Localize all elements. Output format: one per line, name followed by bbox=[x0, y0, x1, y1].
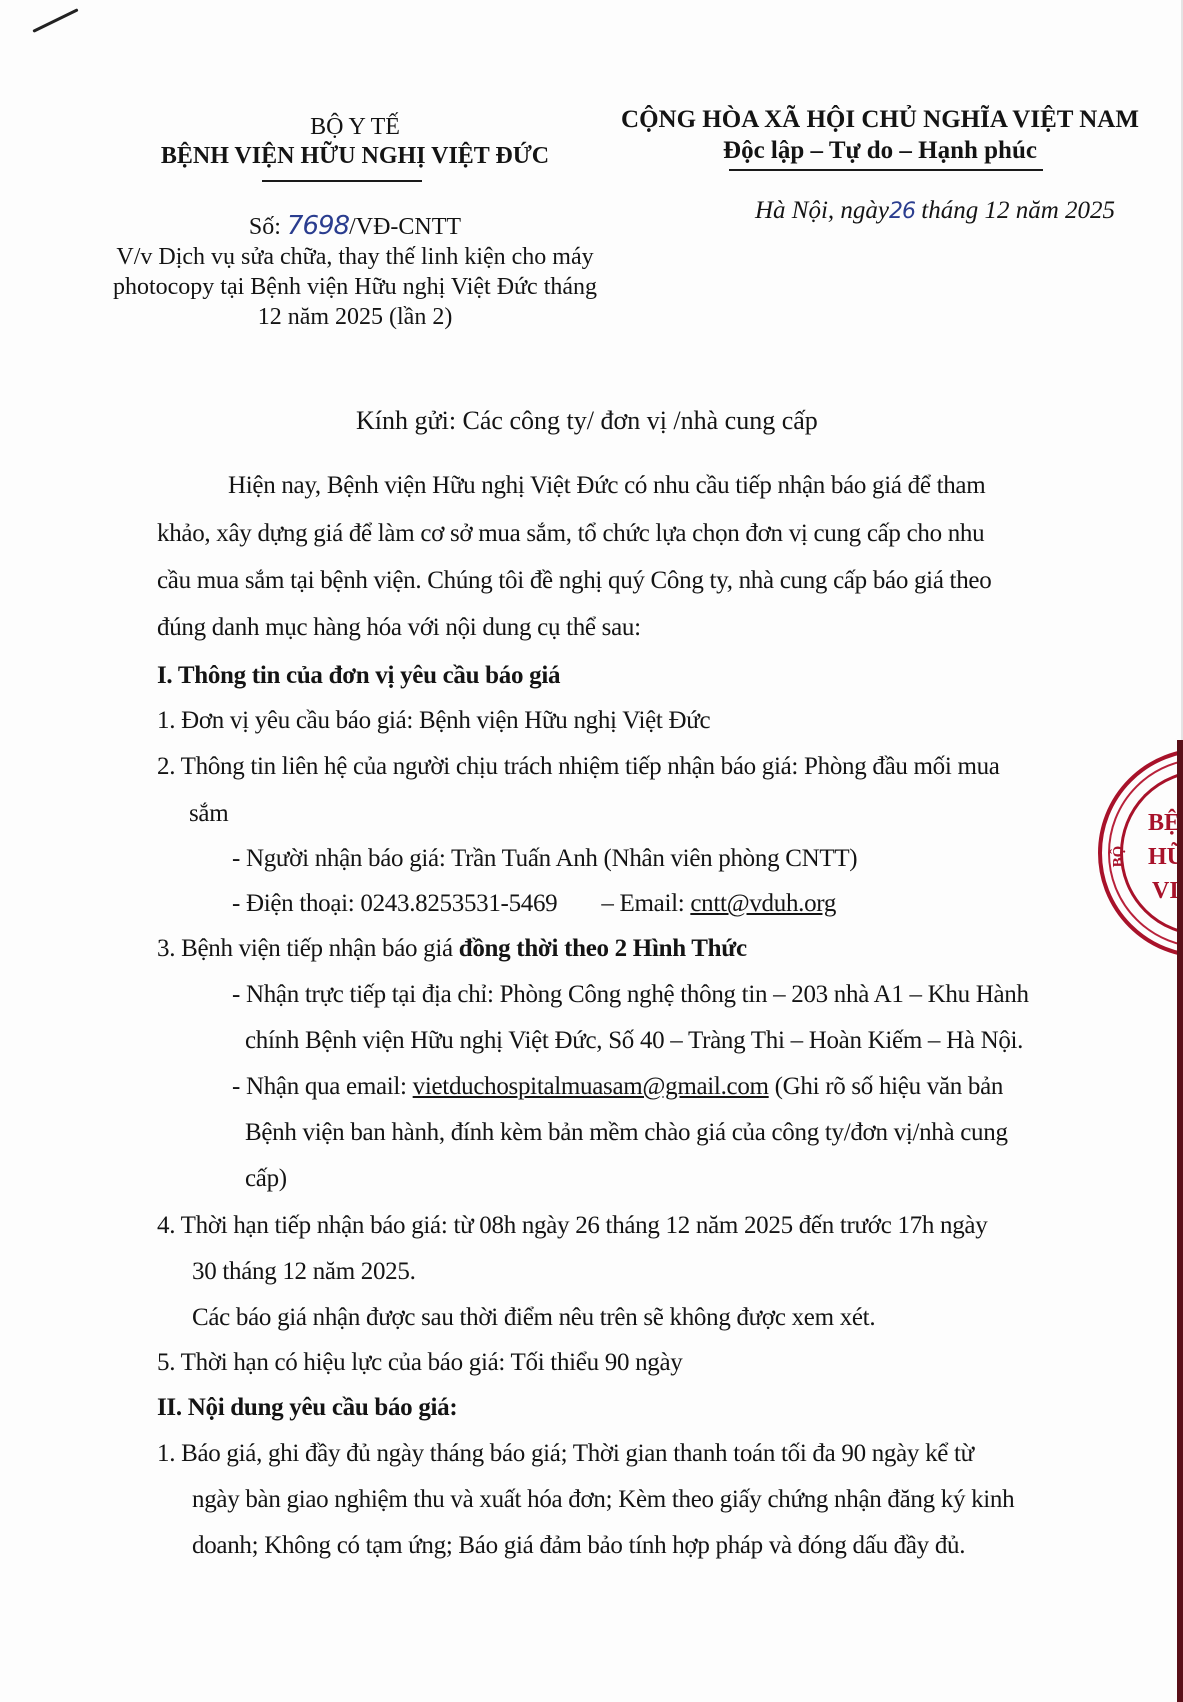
pen-mark bbox=[32, 8, 78, 33]
date-suffix: tháng 12 năm 2025 bbox=[915, 197, 1115, 224]
document-number: Số: 7698/VĐ-CNTT bbox=[130, 211, 580, 241]
section-1-item-1: 1. Đơn vị yêu cầu báo giá: Bệnh viện Hữu… bbox=[157, 707, 710, 735]
direct-delivery-line-2: chính Bệnh viện Hữu nghị Việt Đức, Số 40… bbox=[245, 1027, 1023, 1055]
salutation: Kính gửi: Các công ty/ đơn vị /nhà cung … bbox=[356, 406, 818, 436]
seal-text-line-1: BỆ bbox=[1148, 810, 1180, 837]
seal-text-line-3: VI bbox=[1152, 878, 1179, 905]
section-2-item-1: 1. Báo giá, ghi đầy đủ ngày tháng báo gi… bbox=[157, 1440, 974, 1468]
section-1-item-4-cont: 30 tháng 12 năm 2025. bbox=[192, 1258, 416, 1286]
intro-line-2: khảo, xây dựng giá để làm cơ sở mua sắm,… bbox=[157, 520, 984, 548]
contact-line: - Điện thoại: 0243.8253531-5469– Email: … bbox=[232, 890, 836, 918]
email-delivery-line-1: - Nhận qua email: vietduchospitalmuasam@… bbox=[232, 1073, 1003, 1101]
section-2-heading: II. Nội dung yêu cầu báo giá: bbox=[157, 1394, 457, 1422]
section-2-item-1-cont-2: doanh; Không có tạm ứng; Báo giá đảm bảo… bbox=[192, 1532, 965, 1560]
ministry-name: BỘ Y TẾ bbox=[130, 114, 580, 141]
section-1-item-2: 2. Thông tin liên hệ của người chịu trác… bbox=[157, 753, 1000, 781]
email-delivery-line-3: cấp) bbox=[245, 1165, 287, 1193]
phone-text: - Điện thoại: 0243.8253531-5469 bbox=[232, 890, 557, 917]
page-edge-shadow bbox=[1177, 740, 1183, 1702]
section-1-heading: I. Thông tin của đơn vị yêu cầu báo giá bbox=[157, 662, 560, 690]
item-3-text: 3. Bệnh viện tiếp nhận báo giá bbox=[157, 935, 459, 962]
email-label: – Email: bbox=[601, 890, 690, 917]
intro-line-3: cầu mua sắm tại bệnh viện. Chúng tôi đề … bbox=[157, 567, 991, 595]
country-name: CỘNG HÒA XÃ HỘI CHỦ NGHĨA VIỆT NAM bbox=[610, 106, 1150, 134]
hospital-name: BỆNH VIỆN HỮU NGHỊ VIỆT ĐỨC bbox=[120, 143, 590, 170]
intro-line-1: Hiện nay, Bệnh viện Hữu nghị Việt Đức có… bbox=[228, 472, 985, 500]
intro-line-4: đúng danh mục hàng hóa với nội dung cụ t… bbox=[157, 614, 641, 642]
section-2-item-1-cont-1: ngày bàn giao nghiệm thu và xuất hóa đơn… bbox=[192, 1486, 1014, 1514]
document-date: Hà Nội, ngày26 tháng 12 năm 2025 bbox=[700, 197, 1170, 225]
doc-number-suffix: /VĐ-CNTT bbox=[349, 214, 461, 240]
item-3-bold: đồng thời theo 2 Hình Thức bbox=[459, 935, 747, 962]
date-prefix: Hà Nội, ngày bbox=[755, 197, 889, 224]
section-1-item-3: 3. Bệnh viện tiếp nhận báo giá đồng thời… bbox=[157, 935, 747, 963]
email-delivery-suffix: (Ghi rõ số hiệu văn bản bbox=[769, 1073, 1003, 1100]
section-1-item-4: 4. Thời hạn tiếp nhận báo giá: từ 08h ng… bbox=[157, 1212, 987, 1240]
receiver-line: - Người nhận báo giá: Trần Tuấn Anh (Nhâ… bbox=[232, 845, 857, 873]
motto-underline bbox=[729, 169, 1043, 171]
red-seal-stamp: BỆ HỮ VI BỘ bbox=[1098, 748, 1183, 958]
subject-line-2: photocopy tại Bệnh viện Hữu nghị Việt Đứ… bbox=[60, 274, 650, 301]
section-1-item-5: 5. Thời hạn có hiệu lực của báo giá: Tối… bbox=[157, 1349, 683, 1377]
subject-line-3: 12 năm 2025 (lần 2) bbox=[60, 304, 650, 331]
section-1-item-4-note: Các báo giá nhận được sau thời điểm nêu … bbox=[192, 1304, 875, 1332]
subject-line-1: V/v Dịch vụ sửa chữa, thay thế linh kiện… bbox=[60, 244, 650, 271]
doc-number-prefix: Số: bbox=[249, 214, 287, 240]
email-delivery-prefix: - Nhận qua email: bbox=[232, 1073, 413, 1100]
procurement-email-link[interactable]: vietduchospitalmuasam@gmail.com bbox=[413, 1073, 769, 1100]
date-day-handwritten: 26 bbox=[889, 199, 915, 224]
hospital-underline bbox=[262, 180, 422, 182]
national-motto: Độc lập – Tự do – Hạnh phúc bbox=[610, 137, 1150, 165]
email-link[interactable]: cntt@vduh.org bbox=[690, 890, 836, 917]
doc-number-handwritten: 7698 bbox=[287, 211, 349, 241]
direct-delivery-line-1: - Nhận trực tiếp tại địa chỉ: Phòng Công… bbox=[232, 981, 1029, 1009]
document-page: BỘ Y TẾ BỆNH VIỆN HỮU NGHỊ VIỆT ĐỨC Số: … bbox=[0, 0, 1183, 1702]
seal-side-text: BỘ bbox=[1110, 846, 1127, 868]
section-1-item-2-cont: sắm bbox=[189, 800, 228, 828]
email-delivery-line-2: Bệnh viện ban hành, đính kèm bản mềm chà… bbox=[245, 1119, 1008, 1147]
